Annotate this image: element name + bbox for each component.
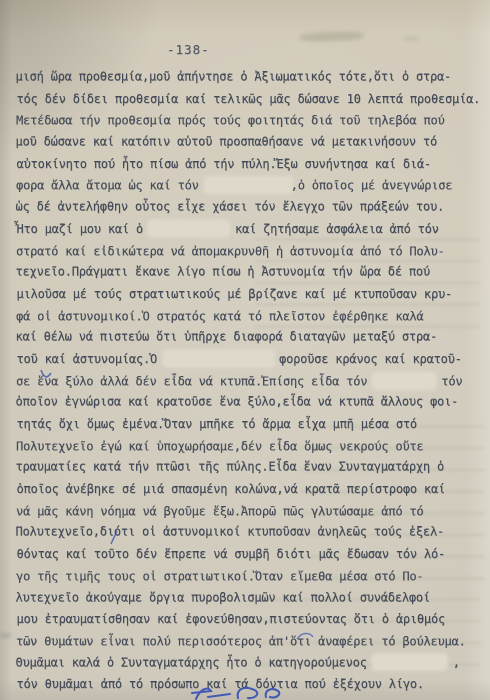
typewritten-text: Μετέδωσα τήν προθεσμία πρός τούς φοιτητά… <box>16 114 445 128</box>
typewritten-line: αὐτοκίνητο πού ἦτο πίσω ἀπό τήν πύλη.Ἔξω… <box>17 154 485 176</box>
typewritten-text: ,ὁ ὁποῖος μέ ἀνεγνώρισε <box>291 179 453 193</box>
typewritten-text: καί θέλω νά πιστεύω ὅτι ὑπῆρχε διαφορά δ… <box>16 330 437 344</box>
typewritten-text: σε ἕνα ξύλο ἀλλά δέν εἶδα νά κτυπᾶ.Ἐπίση… <box>16 374 374 388</box>
typewritten-line: ὡς δέ ἀντελήφθην οὗτος εἶχε χάσει τόν ἔλ… <box>16 197 484 219</box>
typewritten-line: ὁποῖον ἐγνώρισα καί κρατοῦσε ἕνα ξύλο,εἶ… <box>16 392 484 414</box>
typewritten-text: λυτεχνεῖο ἀκούγαμε ὄργια πυροβολισμῶν κα… <box>16 590 430 604</box>
typewritten-line: μοῦ δώσανε καί κατόπιν αὐτοῦ προσπαθήσαν… <box>16 132 484 154</box>
typewritten-line: καί θέλω νά πιστεύω ὅτι ὑπῆρχε διαφορά δ… <box>16 327 484 349</box>
typewritten-text: τῶν θυμάτων εἶναι πολύ περισσότερος ἀπ'ὅ… <box>16 634 466 648</box>
redaction-patch <box>206 179 291 192</box>
typewritten-text: νά μᾶς κάνη νόημα νά βγοῦμε ἔξω.Ἀπορῶ πῶ… <box>16 504 423 518</box>
typewritten-text: μοῦ δώσανε καί κατόπιν αὐτοῦ προσπαθήσαν… <box>16 135 437 149</box>
typewritten-text: καί ζητήσαμε ἀσφάλεια ἀπό τόν <box>228 222 439 236</box>
typewritten-text: τεχνεῖο.Πράγματι ἔκανε λίγο πίσω ἡ Ἀστυν… <box>16 265 430 279</box>
typewritten-line: τεχνεῖο.Πράγματι ἔκανε λίγο πίσω ἡ Ἀστυν… <box>16 262 484 284</box>
typewritten-line: μισή ὥρα προθεσμία,μοῦ ἀπήντησε ὁ Ἀξιωμα… <box>16 67 484 89</box>
typewritten-text: Θυμᾶμαι καλά ὁ Συνταγματάρχης ἦτο ὁ κατη… <box>16 655 374 669</box>
typewritten-text: μιλοῦσα μέ τούς στρατιωτικούς μέ βρίζανε… <box>17 287 453 301</box>
typewritten-text: τός δέν δίδει προθεσμία καί τελικῶς μᾶς … <box>17 92 481 106</box>
typewritten-text: τοῦ καί ἀστυνομίας.Ὁ <box>17 352 165 366</box>
typewritten-line: ὁποῖος ἀνέβηκε σέ μιά σπασμένη κολώνα,νά… <box>17 479 485 501</box>
typewritten-text: γο τῆς τιμῆς τους οἱ στρατιωτικοί.Ὅταν ε… <box>16 569 423 583</box>
typewritten-line: τραυματίες κατά τήν πτῶσι τῆς πύλης.Εἶδα… <box>16 457 484 479</box>
typewritten-text: μου ἐτραυματίσθησαν καί ἐφονεύθησαν,πιστ… <box>17 612 446 626</box>
typewritten-text: τραυματίες κατά τήν πτῶσι τῆς πύλης.Εἶδα… <box>16 460 445 474</box>
typewritten-line: τοῦ καί ἀστυνομίας.Ὁ φοροῦσε κράνος καί … <box>17 349 485 371</box>
page-number: -138- <box>167 42 210 57</box>
bleedthrough-smudge <box>404 37 418 40</box>
typewritten-line: φά οἱ ἀστυνομικοί.Ὁ στρατός κατά τό πλεῖ… <box>16 306 484 328</box>
typewritten-text-block: μισή ὥρα προθεσμία,μοῦ ἀπήντησε ὁ Ἀξιωμα… <box>16 67 484 696</box>
typewritten-line: γο τῆς τιμῆς τους οἱ στρατιωτικοί.Ὅταν ε… <box>16 566 484 588</box>
typewritten-line: τητάς ὄχι ὅμως ἐμένα.Ὅταν μπῆκε τό ἄρμα … <box>17 414 485 436</box>
typewritten-text: ὁποῖον ἐγνώρισα καί κρατοῦσε ἕνα ξύλο,εἶ… <box>16 395 459 409</box>
typewritten-line: Μετέδωσα τήν προθεσμία πρός τούς φοιτητά… <box>16 111 484 133</box>
typewritten-text: Ἦτο μαζί μου καί ὁ <box>17 222 150 236</box>
typewritten-text: φά οἱ ἀστυνομικοί.Ὁ στρατός κατά τό πλεῖ… <box>16 309 423 323</box>
typewritten-line: Πολυτεχνεῖο ἐγώ καί ὑποχωρήσαμε,δέν εἶδα… <box>16 436 484 458</box>
typewritten-line: σε ἕνα ξύλο ἀλλά δέν εἶδα νά κτυπᾶ.Ἐπίση… <box>16 371 484 393</box>
typewritten-text: μισή ὥρα προθεσμία,μοῦ ἀπήντησε ὁ Ἀξιωμα… <box>16 70 452 84</box>
typewritten-line: θόντας καί τοῦτο δέν ἔπρεπε νά συμβῆ διό… <box>17 544 485 566</box>
typewritten-line: Ἦτο μαζί μου καί ὁ καί ζητήσαμε ἀσφάλεια… <box>17 219 485 241</box>
typewritten-text: τόν <box>434 374 462 388</box>
redaction-patch <box>150 222 228 235</box>
typewritten-text: Πολυτεχνεῖο ἐγώ καί ὑποχωρήσαμε,δέν εἶδα… <box>16 439 423 453</box>
typewritten-line: νά μᾶς κάνη νόημα νά βγοῦμε ἔξω.Ἀπορῶ πῶ… <box>16 501 484 523</box>
redaction-patch <box>374 374 434 387</box>
redaction-patch <box>374 655 446 668</box>
typewritten-line: λυτεχνεῖο ἀκούγαμε ὄργια πυροβολισμῶν κα… <box>16 587 484 609</box>
typewritten-line: μιλοῦσα μέ τούς στρατιωτικούς μέ βρίζανε… <box>17 284 485 306</box>
typewritten-line: τῶν θυμάτων εἶναι πολύ περισσότερος ἀπ'ὅ… <box>16 631 484 653</box>
typewritten-line: Θυμᾶμαι καλά ὁ Συνταγματάρχης ἦτο ὁ κατη… <box>16 652 484 674</box>
blue-ink-signature-scribble <box>178 685 298 700</box>
typewritten-text: ὁποῖος ἀνέβηκε σέ μιά σπασμένη κολώνα,νά… <box>17 482 446 496</box>
typewritten-text: φοροῦσε κράνος καί κρατοῦ- <box>272 352 462 366</box>
bleedthrough-smudge <box>300 31 364 42</box>
typewritten-line: τός δέν δίδει προθεσμία καί τελικῶς μᾶς … <box>17 89 485 111</box>
typewritten-text: ὡς δέ ἀντελήφθην οὗτος εἶχε χάσει τόν ἔλ… <box>16 200 445 214</box>
redaction-patch <box>164 352 272 365</box>
typewritten-text: , <box>446 655 460 669</box>
typewritten-text: στρατό καί εἰδικώτερα νά ἀπομακρυνθῆ ἡ ἀ… <box>16 244 445 258</box>
typewritten-line: μου ἐτραυματίσθησαν καί ἐφονεύθησαν,πιστ… <box>17 609 485 631</box>
typewritten-text: Πολυτεχνεῖο,διότι οἱ ἀστυνομικοί κτυποῦσ… <box>16 525 445 539</box>
scanned-typewritten-page: { "document": { "page_number": "-138-", … <box>0 0 490 700</box>
typewritten-text: τητάς ὄχι ὅμως ἐμένα.Ὅταν μπῆκε τό ἄρμα … <box>17 417 417 431</box>
typewritten-line: Πολυτεχνεῖο,διότι οἱ ἀστυνομικοί κτυποῦσ… <box>16 522 484 544</box>
typewritten-line: φορα ἄλλα ἄτομα ὡς καί τόν ,ὁ ὁποῖος μέ … <box>16 176 484 198</box>
margin-ink-smudge <box>0 634 11 637</box>
typewritten-text: αὐτοκίνητο πού ἦτο πίσω ἀπό τήν πύλη.Ἔξω… <box>17 157 431 171</box>
typewritten-text: θόντας καί τοῦτο δέν ἔπρεπε νά συμβῆ διό… <box>17 547 446 561</box>
typewritten-line: στρατό καί εἰδικώτερα νά ἀπομακρυνθῆ ἡ ἀ… <box>16 241 484 263</box>
typewritten-text: φορα ἄλλα ἄτομα ὡς καί τόν <box>16 179 206 193</box>
